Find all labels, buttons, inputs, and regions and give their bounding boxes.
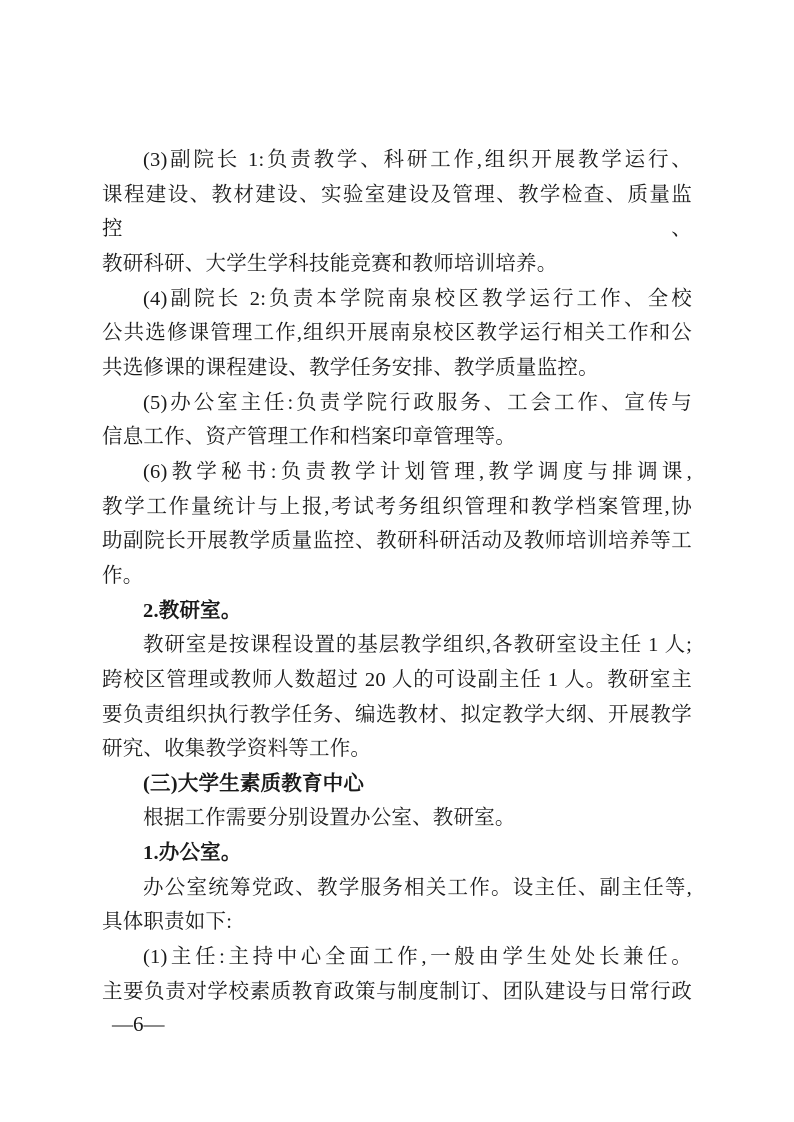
text-line: 信息工作、资产管理工作和档案印章管理等。 bbox=[102, 420, 692, 455]
text-line: 具体职责如下: bbox=[102, 905, 692, 940]
document-body: (3)副院长 1:负责教学、科研工作,组织开展教学运行、 课程建设、教材建设、实… bbox=[102, 143, 692, 1009]
text-line: 要负责组织执行教学任务、编选教材、拟定教学大纲、开展教学 bbox=[102, 698, 692, 733]
text-line: (4)副院长 2:负责本学院南泉校区教学运行工作、全校 bbox=[102, 282, 692, 317]
text-line: 作。 bbox=[102, 559, 692, 594]
paragraph-office-director: (5)办公室主任:负责学院行政服务、工会工作、宣传与 信息工作、资产管理工作和档… bbox=[102, 386, 692, 455]
text-line: 教研科研、大学生学科技能竞赛和教师培训培养。 bbox=[102, 247, 692, 282]
page-footer: —6— bbox=[112, 1010, 165, 1038]
heading-office: 1.办公室。 bbox=[102, 836, 692, 871]
text-line: 研究、收集教学资料等工作。 bbox=[102, 732, 692, 767]
document-page: (3)副院长 1:负责教学、科研工作,组织开展教学运行、 课程建设、教材建设、实… bbox=[0, 0, 794, 1122]
heading-quality-education-center: (三)大学生素质教育中心 bbox=[102, 767, 692, 802]
heading-text: 2.教研室。 bbox=[102, 594, 692, 629]
text-line: 教研室是按课程设置的基层教学组织,各教研室设主任 1 人; bbox=[102, 628, 692, 663]
paragraph-vice-dean-1: (3)副院长 1:负责教学、科研工作,组织开展教学运行、 课程建设、教材建设、实… bbox=[102, 143, 692, 282]
paragraph-center-director: (1)主任:主持中心全面工作,一般由学生处处长兼任。 主要负责对学校素质教育政策… bbox=[102, 940, 692, 1009]
text-line: 办公室统筹党政、教学服务相关工作。设主任、副主任等, bbox=[102, 871, 692, 906]
text-line: 共选修课的课程建设、教学任务安排、教学质量监控。 bbox=[102, 351, 692, 386]
text-line: (6)教学秘书:负责教学计划管理,教学调度与排调课, bbox=[102, 455, 692, 490]
text-line: 教学工作量统计与上报,考试考务组织管理和教学档案管理,协 bbox=[102, 490, 692, 525]
paragraph-teaching-secretary: (6)教学秘书:负责教学计划管理,教学调度与排调课, 教学工作量统计与上报,考试… bbox=[102, 455, 692, 594]
text-line: (3)副院长 1:负责教学、科研工作,组织开展教学运行、 bbox=[102, 143, 692, 178]
paragraph-vice-dean-2: (4)副院长 2:负责本学院南泉校区教学运行工作、全校 公共选修课管理工作,组织… bbox=[102, 282, 692, 386]
text-line: (5)办公室主任:负责学院行政服务、工会工作、宣传与 bbox=[102, 386, 692, 421]
text-line: 助副院长开展教学质量监控、教研科研活动及教师培训培养等工 bbox=[102, 524, 692, 559]
page-number: —6— bbox=[112, 1012, 165, 1036]
heading-teaching-research-office: 2.教研室。 bbox=[102, 594, 692, 629]
text-line: 根据工作需要分别设置办公室、教研室。 bbox=[102, 801, 692, 836]
heading-text: 1.办公室。 bbox=[102, 836, 692, 871]
paragraph-setup-offices: 根据工作需要分别设置办公室、教研室。 bbox=[102, 801, 692, 836]
text-line: (1)主任:主持中心全面工作,一般由学生处处长兼任。 bbox=[102, 940, 692, 975]
text-line: 课程建设、教材建设、实验室建设及管理、教学检查、质量监控、 bbox=[102, 178, 692, 247]
text-line: 跨校区管理或教师人数超过 20 人的可设副主任 1 人。教研室主 bbox=[102, 663, 692, 698]
paragraph-teaching-research-office: 教研室是按课程设置的基层教学组织,各教研室设主任 1 人; 跨校区管理或教师人数… bbox=[102, 628, 692, 767]
heading-text: (三)大学生素质教育中心 bbox=[102, 767, 692, 802]
text-line: 主要负责对学校素质教育政策与制度制订、团队建设与日常行政 bbox=[102, 975, 692, 1010]
text-line: 公共选修课管理工作,组织开展南泉校区教学运行相关工作和公 bbox=[102, 316, 692, 351]
paragraph-office-duties-intro: 办公室统筹党政、教学服务相关工作。设主任、副主任等, 具体职责如下: bbox=[102, 871, 692, 940]
